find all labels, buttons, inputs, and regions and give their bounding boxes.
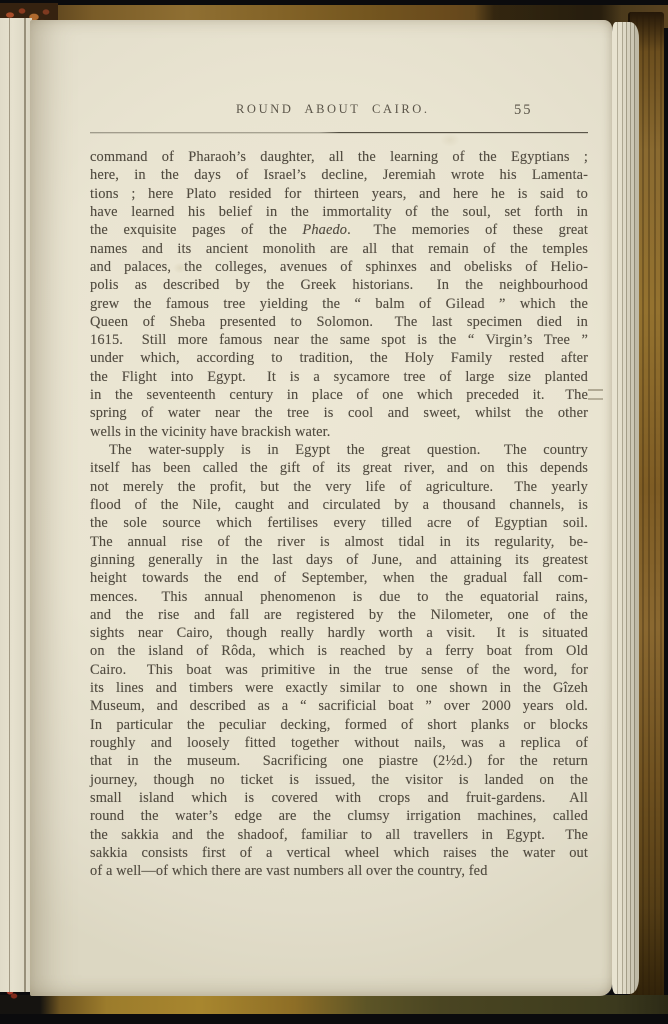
margin-marks <box>588 389 603 400</box>
text-line: The water-supply is in Egypt the great q… <box>90 441 588 459</box>
page-number: 55 <box>514 102 533 119</box>
text-line: that in the museum. Sacrificing one pias… <box>90 752 588 770</box>
text-line: mences. This annual phenomenon is due to… <box>90 588 588 606</box>
text-line: the Flight into Egypt. It is a sycamore … <box>90 368 588 386</box>
paragraph: The water-supply is in Egypt the great q… <box>90 441 588 881</box>
page-stack-right <box>612 22 639 994</box>
text-line: under which, according to tradition, the… <box>90 349 588 367</box>
text-line: ginning generally in the last days of Ju… <box>90 551 588 569</box>
text-line: flood of the Nile, caught and circulated… <box>90 496 588 514</box>
text-line: the sakkia and the shadoof, familiar to … <box>90 826 588 844</box>
running-title: ROUND ABOUT CAIRO. <box>236 102 430 117</box>
book-page: ROUND ABOUT CAIRO. 55 command of Pharaoh… <box>30 20 612 996</box>
header-rule <box>90 132 588 133</box>
text-line: Cairo. This boat was primitive in the tr… <box>90 661 588 679</box>
text-line: the sole source which fertilises every t… <box>90 514 588 532</box>
text-line: height towards the end of September, whe… <box>90 569 588 587</box>
text-line: not merely the profit, but the very life… <box>90 478 588 496</box>
book-scan: ROUND ABOUT CAIRO. 55 command of Pharaoh… <box>0 0 668 1024</box>
text-line: spring of water near the tree is cool an… <box>90 404 588 422</box>
text-line: the exquisite pages of the Phaedo. The m… <box>90 221 588 239</box>
text-line: 1615. Still more famous near the same sp… <box>90 331 588 349</box>
page-edges-left <box>0 18 32 992</box>
text-line: journey, though no ticket is issued, the… <box>90 771 588 789</box>
text-line: have learned his belief in the immortali… <box>90 203 588 221</box>
paragraph: command of Pharaoh’s daughter, all the l… <box>90 148 588 441</box>
text-line: in the seventeenth century in place of o… <box>90 386 588 404</box>
text-line: names and its ancient monolith are all t… <box>90 240 588 258</box>
text-line: here, in the days of Israel’s decline, J… <box>90 166 588 184</box>
text-line: itself has been called the gift of its g… <box>90 459 588 477</box>
text-line: its lines and timbers were exactly simil… <box>90 679 588 697</box>
text-line: of a well—of which there are vast number… <box>90 862 588 880</box>
text-line: command of Pharaoh’s daughter, all the l… <box>90 148 588 166</box>
text-line: sakkia consists first of a vertical whee… <box>90 844 588 862</box>
text-line: The annual rise of the river is almost t… <box>90 533 588 551</box>
text-line: Museum, and described as a “ sacrificial… <box>90 697 588 715</box>
text-line: grew the famous tree yielding the “ balm… <box>90 295 588 313</box>
text-line: polis as described by the Greek historia… <box>90 276 588 294</box>
text-line: round the water’s edge are the clumsy ir… <box>90 807 588 825</box>
cover-bottom-edge <box>0 995 668 1014</box>
text-line: In particular the peculiar decking, form… <box>90 716 588 734</box>
text-line: roughly and loosely fitted together with… <box>90 734 588 752</box>
text-line: and palaces, the colleges, avenues of sp… <box>90 258 588 276</box>
text-line: Queen of Sheba presented to Solomon. The… <box>90 313 588 331</box>
body-text: command of Pharaoh’s daughter, all the l… <box>90 148 588 881</box>
text-line: small island which is covered with crops… <box>90 789 588 807</box>
text-line: sights near Cairo, though really hardly … <box>90 624 588 642</box>
text-line: and the rise and fall are registered by … <box>90 606 588 624</box>
text-line: on the island of Rôda, which is reached … <box>90 642 588 660</box>
text-line: wells in the vicinity have brackish wate… <box>90 423 588 441</box>
text-line: tions ; here Plato resided for thirteen … <box>90 185 588 203</box>
running-header: ROUND ABOUT CAIRO. 55 <box>90 102 588 120</box>
